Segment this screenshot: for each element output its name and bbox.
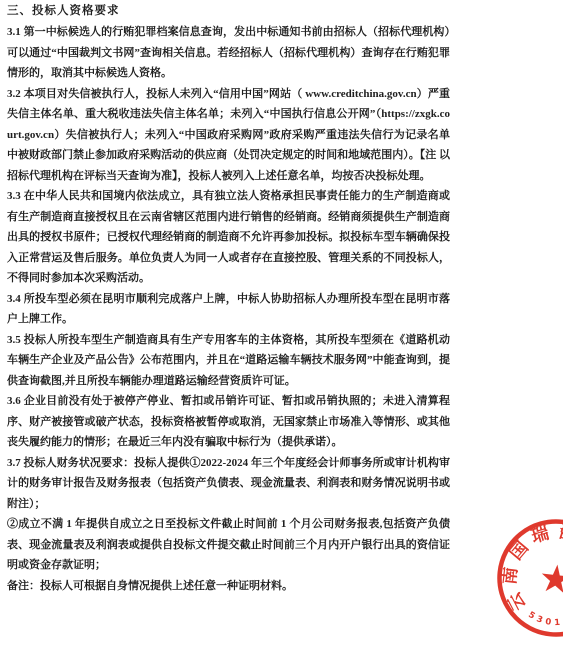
paragraph-note: 备注：投标人可根据自身情况提供上述任意一种证明材料。 bbox=[7, 576, 450, 597]
paragraph-3-4: 3.4 所投车型必须在昆明市顺利完成落户上牌，中标人协助招标人办理所投车型在昆明… bbox=[7, 289, 450, 330]
paragraph-3-6: 3.6 企业目前没有处于被停产停业、暂扣或吊销许可证、暂扣或吊销执照的；未进入清… bbox=[7, 391, 450, 453]
paragraph-3-1: 3.1 第一中标候选人的行贿犯罪档案信息查询，发出中标通知书前由招标人（招标代理… bbox=[7, 22, 450, 84]
document-body: 三、投标人资格要求 3.1 第一中标候选人的行贿犯罪档案信息查询，发出中标通知书… bbox=[7, 3, 450, 596]
document-page: 三、投标人资格要求 3.1 第一中标候选人的行贿犯罪档案信息查询，发出中标通知书… bbox=[0, 0, 563, 645]
seal-ring bbox=[494, 516, 563, 640]
paragraph-3-3: 3.3 在中华人民共和国境内依法成立，具有独立法人资格承担民事责任能力的生产制造… bbox=[7, 186, 450, 289]
page-title: 三、投标人资格要求 bbox=[7, 3, 450, 19]
seal-ring-text: 云南国瑞咨询 bbox=[496, 515, 563, 623]
star-icon: ★ bbox=[537, 557, 563, 602]
requirements-text: 3.1 第一中标候选人的行贿犯罪档案信息查询，发出中标通知书前由招标人（招标代理… bbox=[7, 22, 450, 596]
paragraph-3-5: 3.5 投标人所投车型生产制造商具有生产专用客车的主体资格，其所投车型须在《道路… bbox=[7, 330, 450, 392]
paragraph-3-7: 3.7 投标人财务状况要求：投标人提供①2022-2024 年三个年度经会计师事… bbox=[7, 453, 450, 515]
paragraph-3-7b: ②成立不满 1 年提供自成立之日至投标文件截止时间前 1 个月公司财务报表,包括… bbox=[7, 514, 450, 576]
paragraph-3-2: 3.2 本项目对失信被执行人，投标人未列入“信用中国”网站（ www.credi… bbox=[7, 84, 450, 187]
seal-number: 53010 bbox=[526, 610, 563, 631]
